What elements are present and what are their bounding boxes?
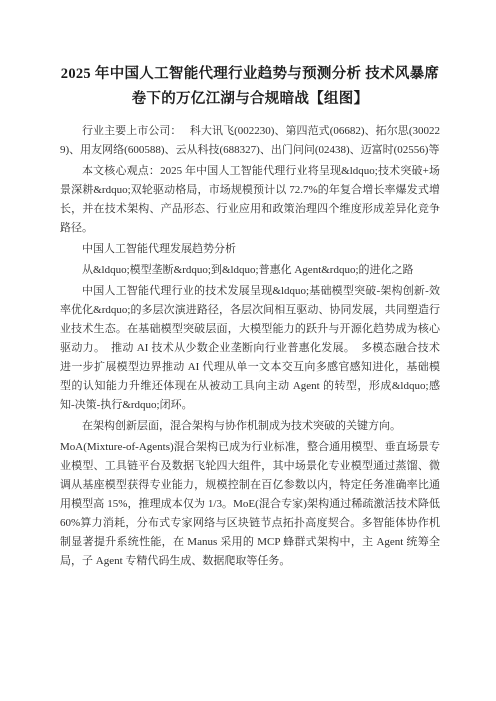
heading-evolution-path: 从&ldquo;模型垄断&rdquo;到&ldquo;普惠化 Agent&rdq… — [60, 261, 440, 280]
document-page: 2025 年中国人工智能代理行业趋势与预测分析 技术风暴席卷下的万亿江湖与合规暗… — [0, 0, 496, 701]
article-body: 行业主要上市公司： 科大讯飞(002230)、第四范式(06682)、拓尔思(3… — [60, 122, 440, 571]
paragraph-core-viewpoint: 本文核心观点：2025 年中国人工智能代理行业将呈现&ldquo;技术突破+场景… — [60, 162, 440, 238]
article-title: 2025 年中国人工智能代理行业趋势与预测分析 技术风暴席卷下的万亿江湖与合规暗… — [60, 62, 440, 112]
paragraph-moa-architecture: MoA(Mixture-of-Agents)混合架构已成为行业标准，整合通用模型… — [60, 438, 440, 571]
paragraph-tech-development: 中国人工智能代理行业的技术发展呈现&ldquo;基础模型突破-架构创新-效率优化… — [60, 282, 440, 415]
paragraph-architecture-innovation: 在架构创新层面，混合架构与协作机制成为技术突破的关键方向。 — [60, 417, 440, 436]
heading-trend-analysis: 中国人工智能代理发展趋势分析 — [60, 240, 440, 259]
paragraph-listed-companies: 行业主要上市公司： 科大讯飞(002230)、第四范式(06682)、拓尔思(3… — [60, 122, 440, 160]
